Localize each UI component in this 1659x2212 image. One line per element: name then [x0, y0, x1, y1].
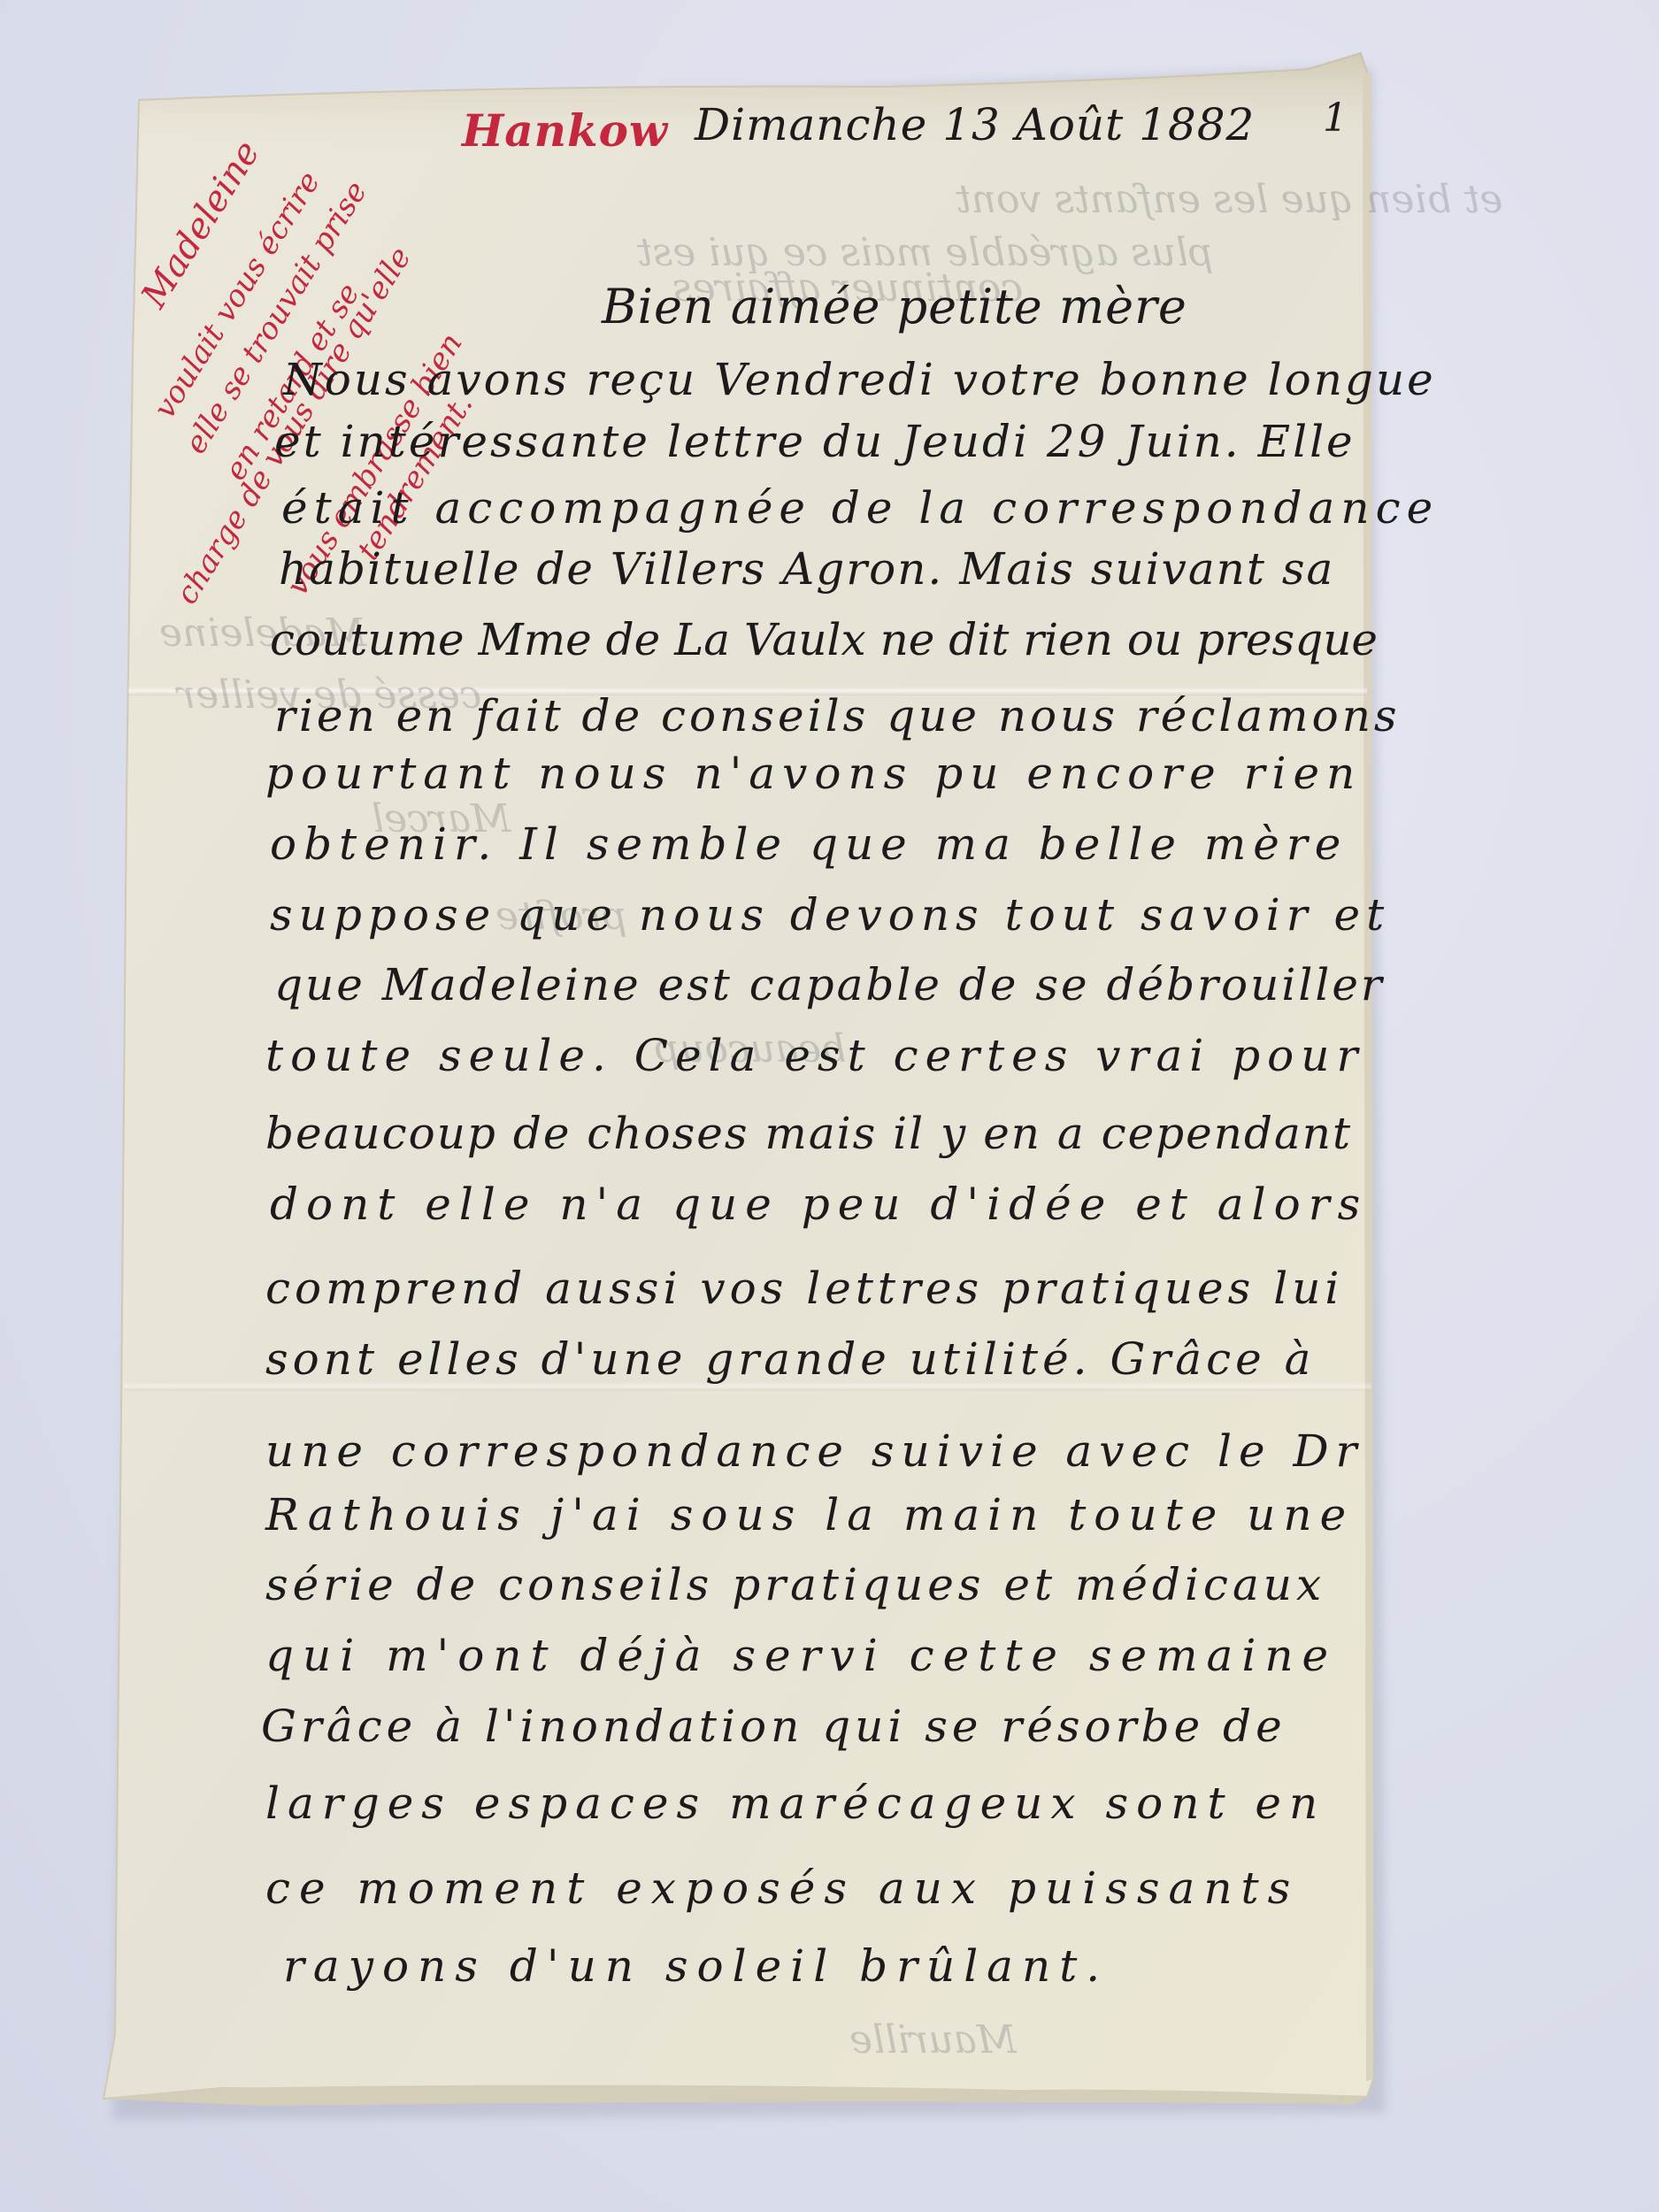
body-line: rien en fait de conseils que nous réclam…: [274, 690, 1401, 741]
ghost-text: Maurille: [849, 2017, 1017, 2062]
body-line: dont elle n'a que peu d'idée et alors: [270, 1179, 1368, 1230]
body-line: était accompagnée de la correspondance: [281, 482, 1439, 534]
body-line: série de conseils pratiques et médicaux: [265, 1559, 1325, 1610]
body-line: sont elles d'une grande utilité. Grâce à: [265, 1333, 1315, 1385]
body-line: Rathouis j'ai sous la main toute une: [265, 1489, 1354, 1540]
body-line: larges espaces marécageux sont en: [265, 1778, 1325, 1829]
body-line: obtenir. Il semble que ma belle mère: [270, 818, 1348, 870]
body-line: que Madeleine est capable de se débrouil…: [274, 959, 1385, 1010]
body-line: beaucoup de choses mais il y en a cepend…: [265, 1108, 1352, 1159]
body-line: ce moment exposés aux puissants: [265, 1863, 1299, 1914]
body-line: qui m'ont déjà servi cette semaine: [265, 1630, 1337, 1681]
body-line: Grâce à l'inondation qui se résorbe de: [261, 1701, 1286, 1752]
ghost-text: et bien que les enfants vont: [956, 177, 1502, 222]
body-line: pourtant nous n'avons pu encore rien: [265, 748, 1362, 799]
salutation: Bien aimée petite mère: [602, 279, 1187, 334]
body-line: et intéressante lettre du Jeudi 29 Juin.…: [274, 416, 1356, 467]
body-line: rayons d'un soleil brûlant.: [283, 1940, 1109, 1992]
body-line: Nous avons reçu Vendredi votre bonne lon…: [283, 354, 1318, 405]
body-line: une correspondance suivie avec le Dr: [265, 1425, 1363, 1477]
page-number: 1: [1323, 96, 1348, 141]
letter-page: et bien que les enfants vont plus agréab…: [0, 0, 1659, 2212]
body-line: comprend aussi vos lettres pratiques lui: [265, 1263, 1343, 1314]
body-line: coutume Mme de La Vaulx ne dit rien ou p…: [270, 614, 1378, 665]
body-line: suppose que nous devons tout savoir et: [270, 889, 1390, 941]
letter-date: Dimanche 13 Août 1882: [695, 99, 1255, 150]
body-line: toute seule. Cela est certes vrai pour: [265, 1030, 1364, 1081]
body-line: habituelle de Villers Agron. Mais suivan…: [279, 543, 1334, 595]
